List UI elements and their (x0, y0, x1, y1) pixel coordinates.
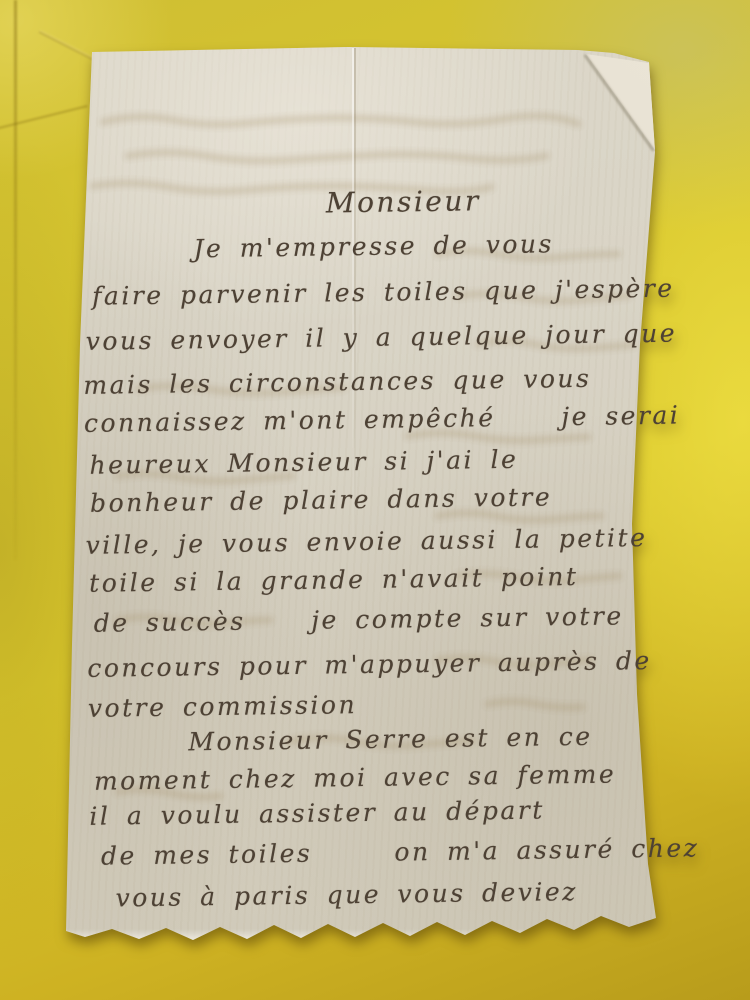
letter-line: mais les circonstances que vous (83, 364, 591, 400)
letter-line: de succès je compte sur votre (94, 601, 624, 637)
letter-line: heureux Monsieur si j'ai le (89, 445, 518, 480)
letter-line: bonheur de plaire dans votre (90, 482, 553, 517)
letter-line: votre commission (88, 690, 358, 723)
letter-line: concours pour m'appuyer auprès de (87, 646, 652, 683)
letter-line: ville, je vous envoie aussi la petite (85, 523, 647, 560)
letter-line: Monsieur Serre est en ce (188, 722, 593, 757)
letter-line: vous envoyer il y a quelque jour que (86, 319, 678, 356)
letter-line: toile si la grande n'avait point (89, 562, 579, 598)
letter-line: vous à paris que vous deviez (115, 877, 578, 912)
letter-sheet: MonsieurJe m'empresse de vousfaire parve… (58, 44, 663, 949)
letter-text-layer: MonsieurJe m'empresse de vousfaire parve… (52, 40, 670, 953)
letter-line: faire parvenir les toiles que j'espère (92, 274, 675, 311)
letter-line: moment chez moi avec sa femme (94, 759, 617, 795)
backdrop-crease-vertical (14, 0, 17, 560)
letter-line: Monsieur (326, 184, 481, 219)
letter-line: Je m'empresse de vous (193, 229, 554, 263)
letter-line: il a voulu assister au départ (89, 795, 545, 830)
letter-line: connaissez m'ont empêché je serai (84, 401, 681, 438)
letter-line: de mes toiles on m'a assuré chez (101, 833, 700, 870)
